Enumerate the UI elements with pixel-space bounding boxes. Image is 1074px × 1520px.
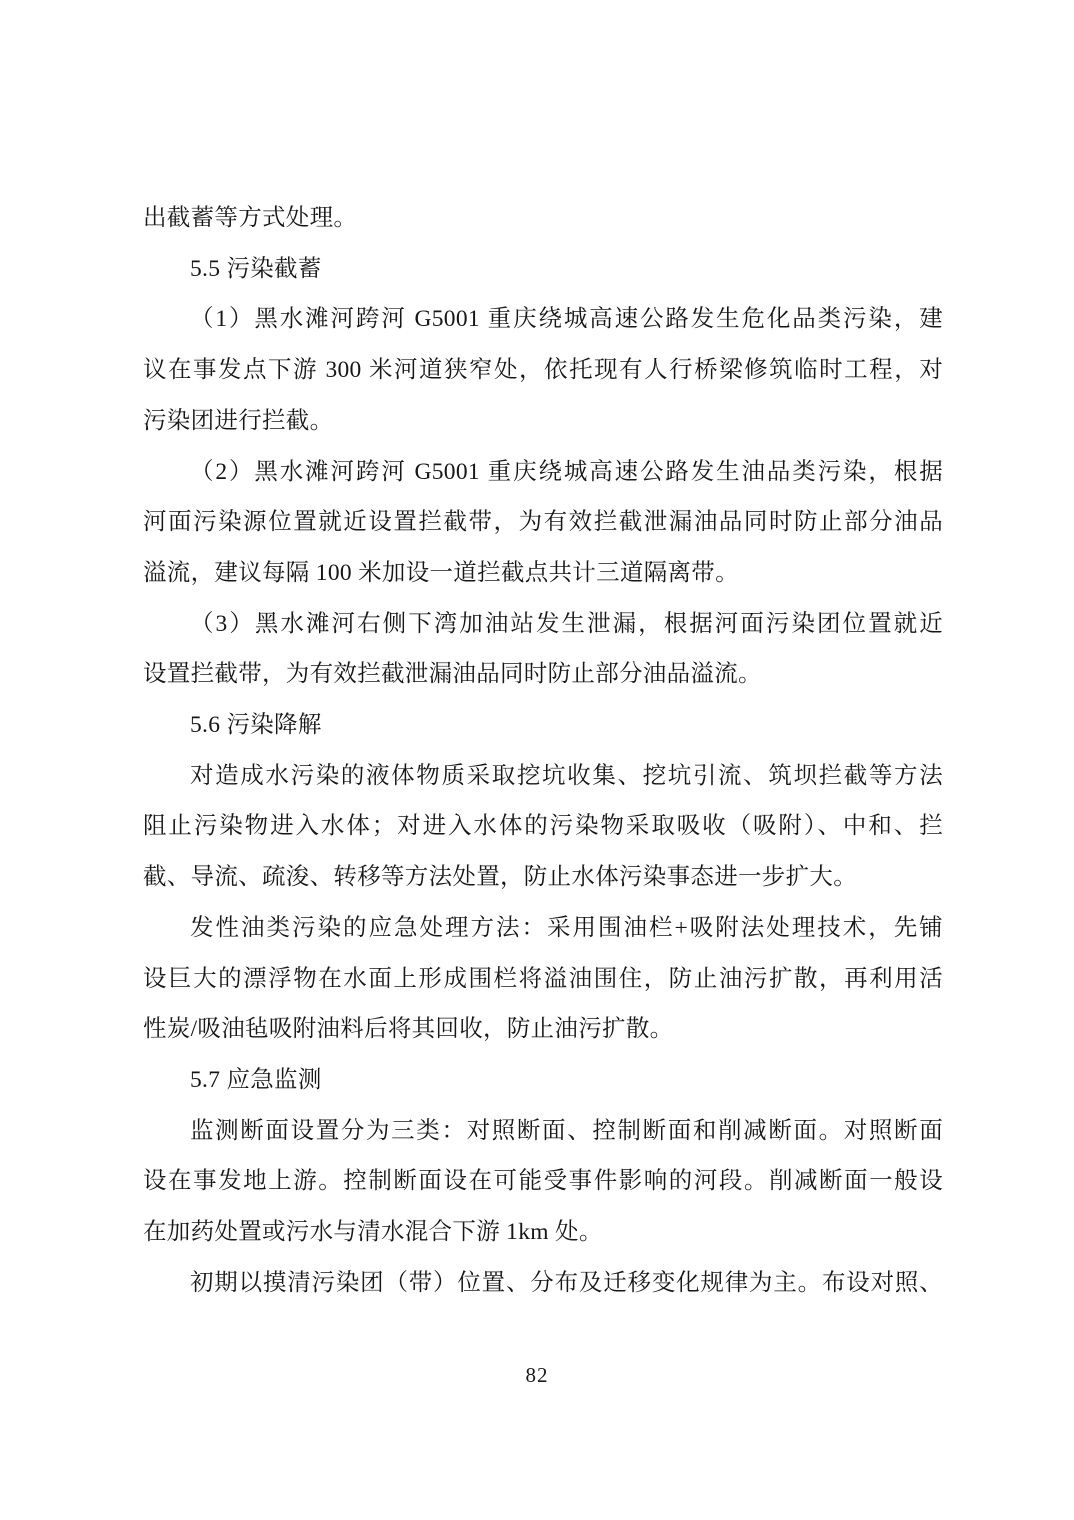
heading-line: 5.7 应急监测 [143,1055,943,1106]
text-line: 河面污染源位置就近设置拦截带，为有效拦截泄漏油品同时防止部分油品 [143,497,943,548]
paragraph-oil-treatment: 发性油类污染的应急处理方法：采用围油栏+吸附法处理技术，先铺 设巨大的漂浮物在水… [143,903,943,1055]
text-line: 在加药处置或污水与清水混合下游 1km 处。 [143,1207,943,1258]
section-heading-5-7: 5.7 应急监测 [143,1055,943,1106]
text-line: 初期以摸清污染团（带）位置、分布及迁移变化规律为主。布设对照、 [143,1258,943,1309]
text-line: 设置拦截带，为有效拦截泄漏油品同时防止部分油品溢流。 [143,649,943,700]
text-line: 出截蓄等方式处理。 [143,193,943,244]
text-line: （3）黑水滩河右侧下湾加油站发生泄漏，根据河面污染团位置就近 [143,599,943,650]
paragraph-item-1: （1）黑水滩河跨河 G5001 重庆绕城高速公路发生危化品类污染，建 议在事发点… [143,294,943,446]
heading-line: 5.5 污染截蓄 [143,244,943,295]
section-heading-5-5: 5.5 污染截蓄 [143,244,943,295]
text-line: 溢流，建议每隔 100 米加设一道拦截点共计三道隔离带。 [143,548,943,599]
text-line: 设在事发地上游。控制断面设在可能受事件影响的河段。削减断面一般设 [143,1156,943,1207]
text-line: 设巨大的漂浮物在水面上形成围栏将溢油围住，防止油污扩散，再利用活 [143,954,943,1005]
paragraph-item-3: （3）黑水滩河右侧下湾加油站发生泄漏，根据河面污染团位置就近 设置拦截带，为有效… [143,599,943,700]
text-line: 污染团进行拦截。 [143,396,943,447]
text-line: （2）黑水滩河跨河 G5001 重庆绕城高速公路发生油品类污染，根据 [143,447,943,498]
heading-line: 5.6 污染降解 [143,700,943,751]
text-line: 性炭/吸油毡吸附油料后将其回收，防止油污扩散。 [143,1004,943,1055]
text-line: 议在事发点下游 300 米河道狭窄处，依托现有人行桥梁修筑临时工程，对 [143,345,943,396]
section-heading-5-6: 5.6 污染降解 [143,700,943,751]
text-line: 对造成水污染的液体物质采取挖坑收集、挖坑引流、筑坝拦截等方法 [143,751,943,802]
text-line: 截、导流、疏浚、转移等方法处置，防止水体污染事态进一步扩大。 [143,852,943,903]
page-number: 82 [0,1360,1074,1390]
paragraph-initial-monitoring: 初期以摸清污染团（带）位置、分布及迁移变化规律为主。布设对照、 [143,1258,943,1309]
document-body: 出截蓄等方式处理。 5.5 污染截蓄 （1）黑水滩河跨河 G5001 重庆绕城高… [143,193,943,1308]
document-page: 出截蓄等方式处理。 5.5 污染截蓄 （1）黑水滩河跨河 G5001 重庆绕城高… [0,0,1074,1520]
paragraph-monitoring-sections: 监测断面设置分为三类：对照断面、控制断面和削减断面。对照断面 设在事发地上游。控… [143,1106,943,1258]
paragraph-continuation: 出截蓄等方式处理。 [143,193,943,244]
text-line: 阻止污染物进入水体；对进入水体的污染物采取吸收（吸附）、中和、拦 [143,801,943,852]
text-line: 发性油类污染的应急处理方法：采用围油栏+吸附法处理技术，先铺 [143,903,943,954]
paragraph-item-2: （2）黑水滩河跨河 G5001 重庆绕城高速公路发生油品类污染，根据 河面污染源… [143,447,943,599]
paragraph-degradation: 对造成水污染的液体物质采取挖坑收集、挖坑引流、筑坝拦截等方法 阻止污染物进入水体… [143,751,943,903]
text-line: 监测断面设置分为三类：对照断面、控制断面和削减断面。对照断面 [143,1106,943,1157]
text-line: （1）黑水滩河跨河 G5001 重庆绕城高速公路发生危化品类污染，建 [143,294,943,345]
